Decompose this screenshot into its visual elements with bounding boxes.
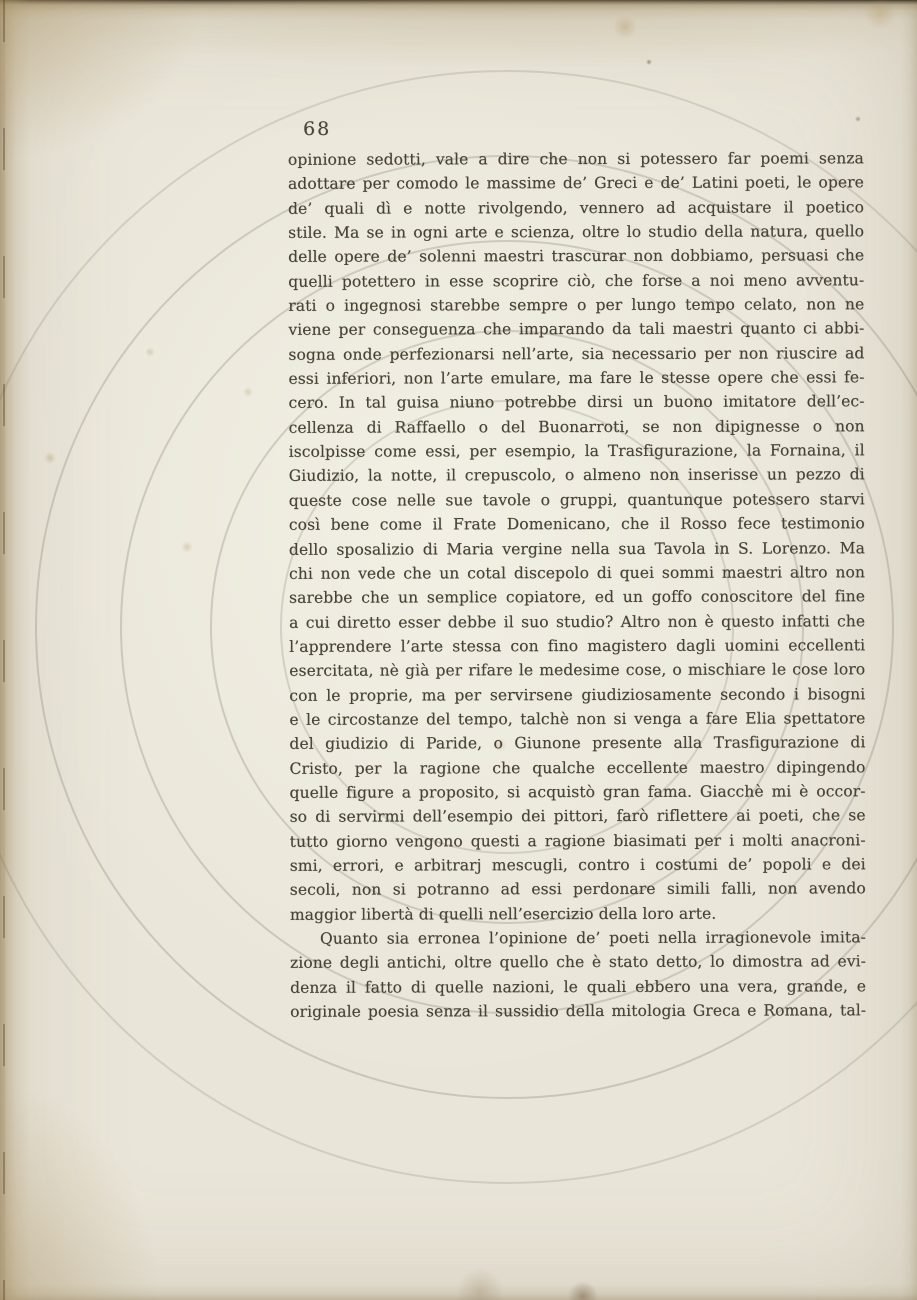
text-line: l’apprendere l’arte stessa con fino magi…: [289, 633, 865, 659]
page-left-edge-crease: [3, 0, 5, 1300]
text-line: originale poesia senza il sussidio della…: [290, 998, 866, 1024]
text-line: a cui diretto esser debbe il suo studio?…: [289, 609, 865, 635]
text-line: smi, errori, e arbitrarj mescugli, contr…: [290, 852, 866, 878]
text-line: Giudizio, la notte, il crepuscolo, o alm…: [289, 463, 865, 489]
text-line: adottare per comodo le massime de’ Greci…: [288, 171, 864, 197]
page-text: opinione sedotti, vale a dire che non si…: [288, 146, 866, 1024]
text-line: maggior libertà di quelli nell’esercizio…: [290, 901, 866, 927]
text-line: tutto giorno vengono questi a ragione bi…: [290, 828, 866, 854]
text-line: secoli, non si potranno ad essi perdonar…: [290, 877, 866, 903]
text-line: viene per conseguenza che imparando da t…: [288, 317, 864, 343]
text-line: queste cose nelle sue tavole o gruppi, q…: [289, 487, 865, 513]
text-line: essi inferiori, non l’arte emulare, ma f…: [288, 365, 864, 391]
text-line: e le circostanze del tempo, talchè non s…: [289, 706, 865, 732]
book-page-scan: 68 opinione sedotti, vale a dire che non…: [0, 0, 917, 1300]
text-line: Cristo, per la ragione che qualche eccel…: [289, 755, 865, 781]
text-line: del giudizio di Paride, o Giunone presen…: [289, 730, 865, 756]
text-line: stile. Ma se in ogni arte e scienza, olt…: [288, 219, 864, 245]
text-line: chi non vede che un cotal discepolo di q…: [289, 560, 865, 586]
text-line: sarebbe che un semplice copiatore, ed un…: [289, 584, 865, 610]
text-line: sogna onde perfezionarsi nell’arte, sia …: [288, 341, 864, 367]
page-number: 68: [303, 118, 331, 140]
text-line: iscolpisse come essi, per esempio, la Tr…: [289, 438, 865, 464]
text-line: denza il fatto di quelle nazioni, le qua…: [290, 974, 866, 1000]
text-line: cero. In tal guisa niuno potrebbe dirsi …: [288, 390, 864, 416]
text-line: con le proprie, ma per servirsene giudiz…: [289, 682, 865, 708]
text-line: delle opere de’ solenni maestri trascura…: [288, 244, 864, 270]
text-line: quelle figure a proposito, si acquistò g…: [290, 779, 866, 805]
text-line: così bene come il Frate Domenicano, che …: [289, 511, 865, 537]
text-line: quelli potettero in esse scoprire ciò, c…: [288, 268, 864, 294]
text-line: rati o ingegnosi starebbe sempre o per l…: [288, 292, 864, 318]
text-line: cellenza di Raffaello o del Buonarroti, …: [289, 414, 865, 440]
text-line: opinione sedotti, vale a dire che non si…: [288, 146, 864, 172]
text-line: zione degli antichi, oltre quello che è …: [290, 950, 866, 976]
text-line: esercitata, nè già per rifare le medesim…: [289, 657, 865, 683]
text-line: Quanto sia erronea l’opinione de’ poeti …: [290, 925, 866, 951]
text-line: dello sposalizio di Maria vergine nella …: [289, 536, 865, 562]
text-line: de’ quali dì e notte rivolgendo, vennero…: [288, 195, 864, 221]
text-line: so di servirmi dell’esempio dei pittori,…: [290, 804, 866, 830]
